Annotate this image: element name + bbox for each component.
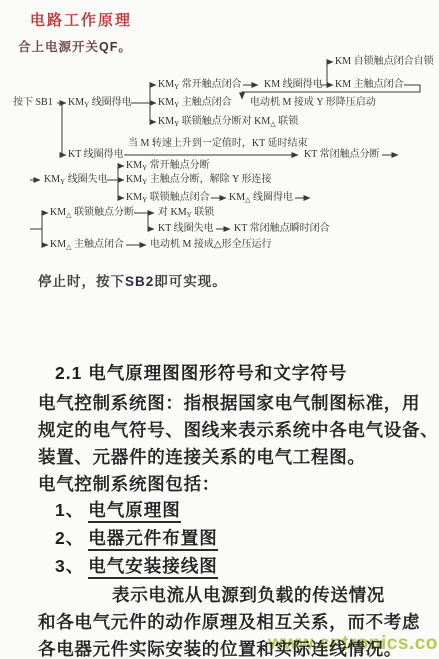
body-line: 各电器元件实际安装的位置和实际连线情况。: [38, 636, 402, 659]
body-line: 装置、元器件的连接关系的电气工程图。: [38, 444, 366, 469]
list-item-layout: 2、电器元件布置图: [55, 525, 218, 550]
stop-note: 停止时，按下SB2即可实现。: [38, 270, 227, 290]
list-label: 电气安装接线图: [88, 556, 218, 579]
fc-kt-nc-contact-open: KT 常闭触点分断: [304, 149, 380, 161]
fc-kmy-interlock-open: KMY 联锁触点分断对 KM△ 联锁: [158, 116, 298, 130]
list-label: 电气原理图: [88, 500, 181, 523]
fc-motor-delta-run: 电动机 M 接成△形全压运行: [150, 239, 272, 251]
list-number: 2、: [55, 528, 84, 548]
fc-kt-coil-deenergized: KT 线圈失电: [158, 223, 214, 235]
body-line: 表示电流从电源到负载的传送情况: [112, 582, 385, 607]
fc-interlock-vs-kmy: 对 KMY 联锁: [158, 207, 214, 221]
fc-km-main-contact-close: KM 主触点闭合: [335, 79, 404, 91]
fc-kmy-main-contact-open: KMY 主触点分断，解除 Y 形连接: [126, 174, 272, 188]
list-number: 3、: [55, 556, 84, 576]
fc-kmd-interlock-open: KM△ 联锁触点分断: [50, 207, 134, 221]
fc-kmy-coil-energized: KMY 线圈得电: [68, 97, 132, 111]
fc-kmy-coil-deenergized: KMY 线圈失电: [44, 174, 108, 188]
document-page: 电路工作原理 合上电源开关QF。: [0, 0, 439, 659]
fc-km-selflock-close: KM 自锁触点闭合自锁: [335, 56, 434, 68]
includes-line: 电气控制系统图包括：: [38, 471, 220, 496]
fc-kmd-coil-energized: KM△ 线圈得电: [229, 192, 293, 206]
flowchart-diagram: 按下 SB1KMY 线圈得电KMY 常开触点闭合KM 线圈得电KM 自锁触点闭合…: [0, 0, 439, 270]
body-line: 电气控制系统图：指根据国家电气制图标准，用: [38, 390, 420, 415]
section-heading: 2.1 电气原理图图形符号和文字符号: [55, 360, 347, 385]
list-item-schematic: 1、电气原理图: [55, 497, 181, 522]
body-line: 规定的电气符号、图线来表示系统中各电气设备、: [38, 417, 438, 442]
stop-note-text: 停止时，按下: [38, 274, 125, 289]
fc-press-sb1: 按下 SB1: [13, 97, 53, 109]
list-item-wiring: 3、电气安装接线图: [55, 553, 218, 578]
fc-kmy-interlock-close: KMY 联锁触点闭合: [126, 192, 210, 206]
body-line: 和各电气元件的动作原理及相互关系，而不考虑: [38, 609, 420, 634]
fc-kmd-main-contact-close: KM△ 主触点闭合: [50, 239, 124, 253]
flowchart-connectors: [0, 0, 439, 270]
fc-km-coil-energized: KM 线圈得电: [264, 79, 323, 91]
list-number: 1、: [55, 500, 84, 520]
fc-kmy-no-contact-open: KMY 常开触点分断: [126, 160, 210, 174]
stop-note-tail: 即可实现。: [154, 274, 227, 289]
stop-button-label: SB2: [125, 274, 154, 289]
list-label: 电器元件布置图: [88, 528, 218, 551]
fc-kt-coil-energized: KT 线圈得电: [68, 149, 124, 161]
fc-kt-nc-instant-close: KT 常闭触点瞬时闭合: [234, 223, 330, 235]
fc-kt-delay-note: 当 M 转速上升到一定值时，KT 延时结束: [128, 138, 308, 150]
fc-kmy-no-contact-close: KMY 常开触点闭合: [158, 79, 242, 93]
fc-motor-y-start: 电动机 M 接成 Y 形降压启动: [250, 97, 376, 109]
fc-kmy-main-contact-close: KMY 主触点闭合: [158, 97, 232, 111]
